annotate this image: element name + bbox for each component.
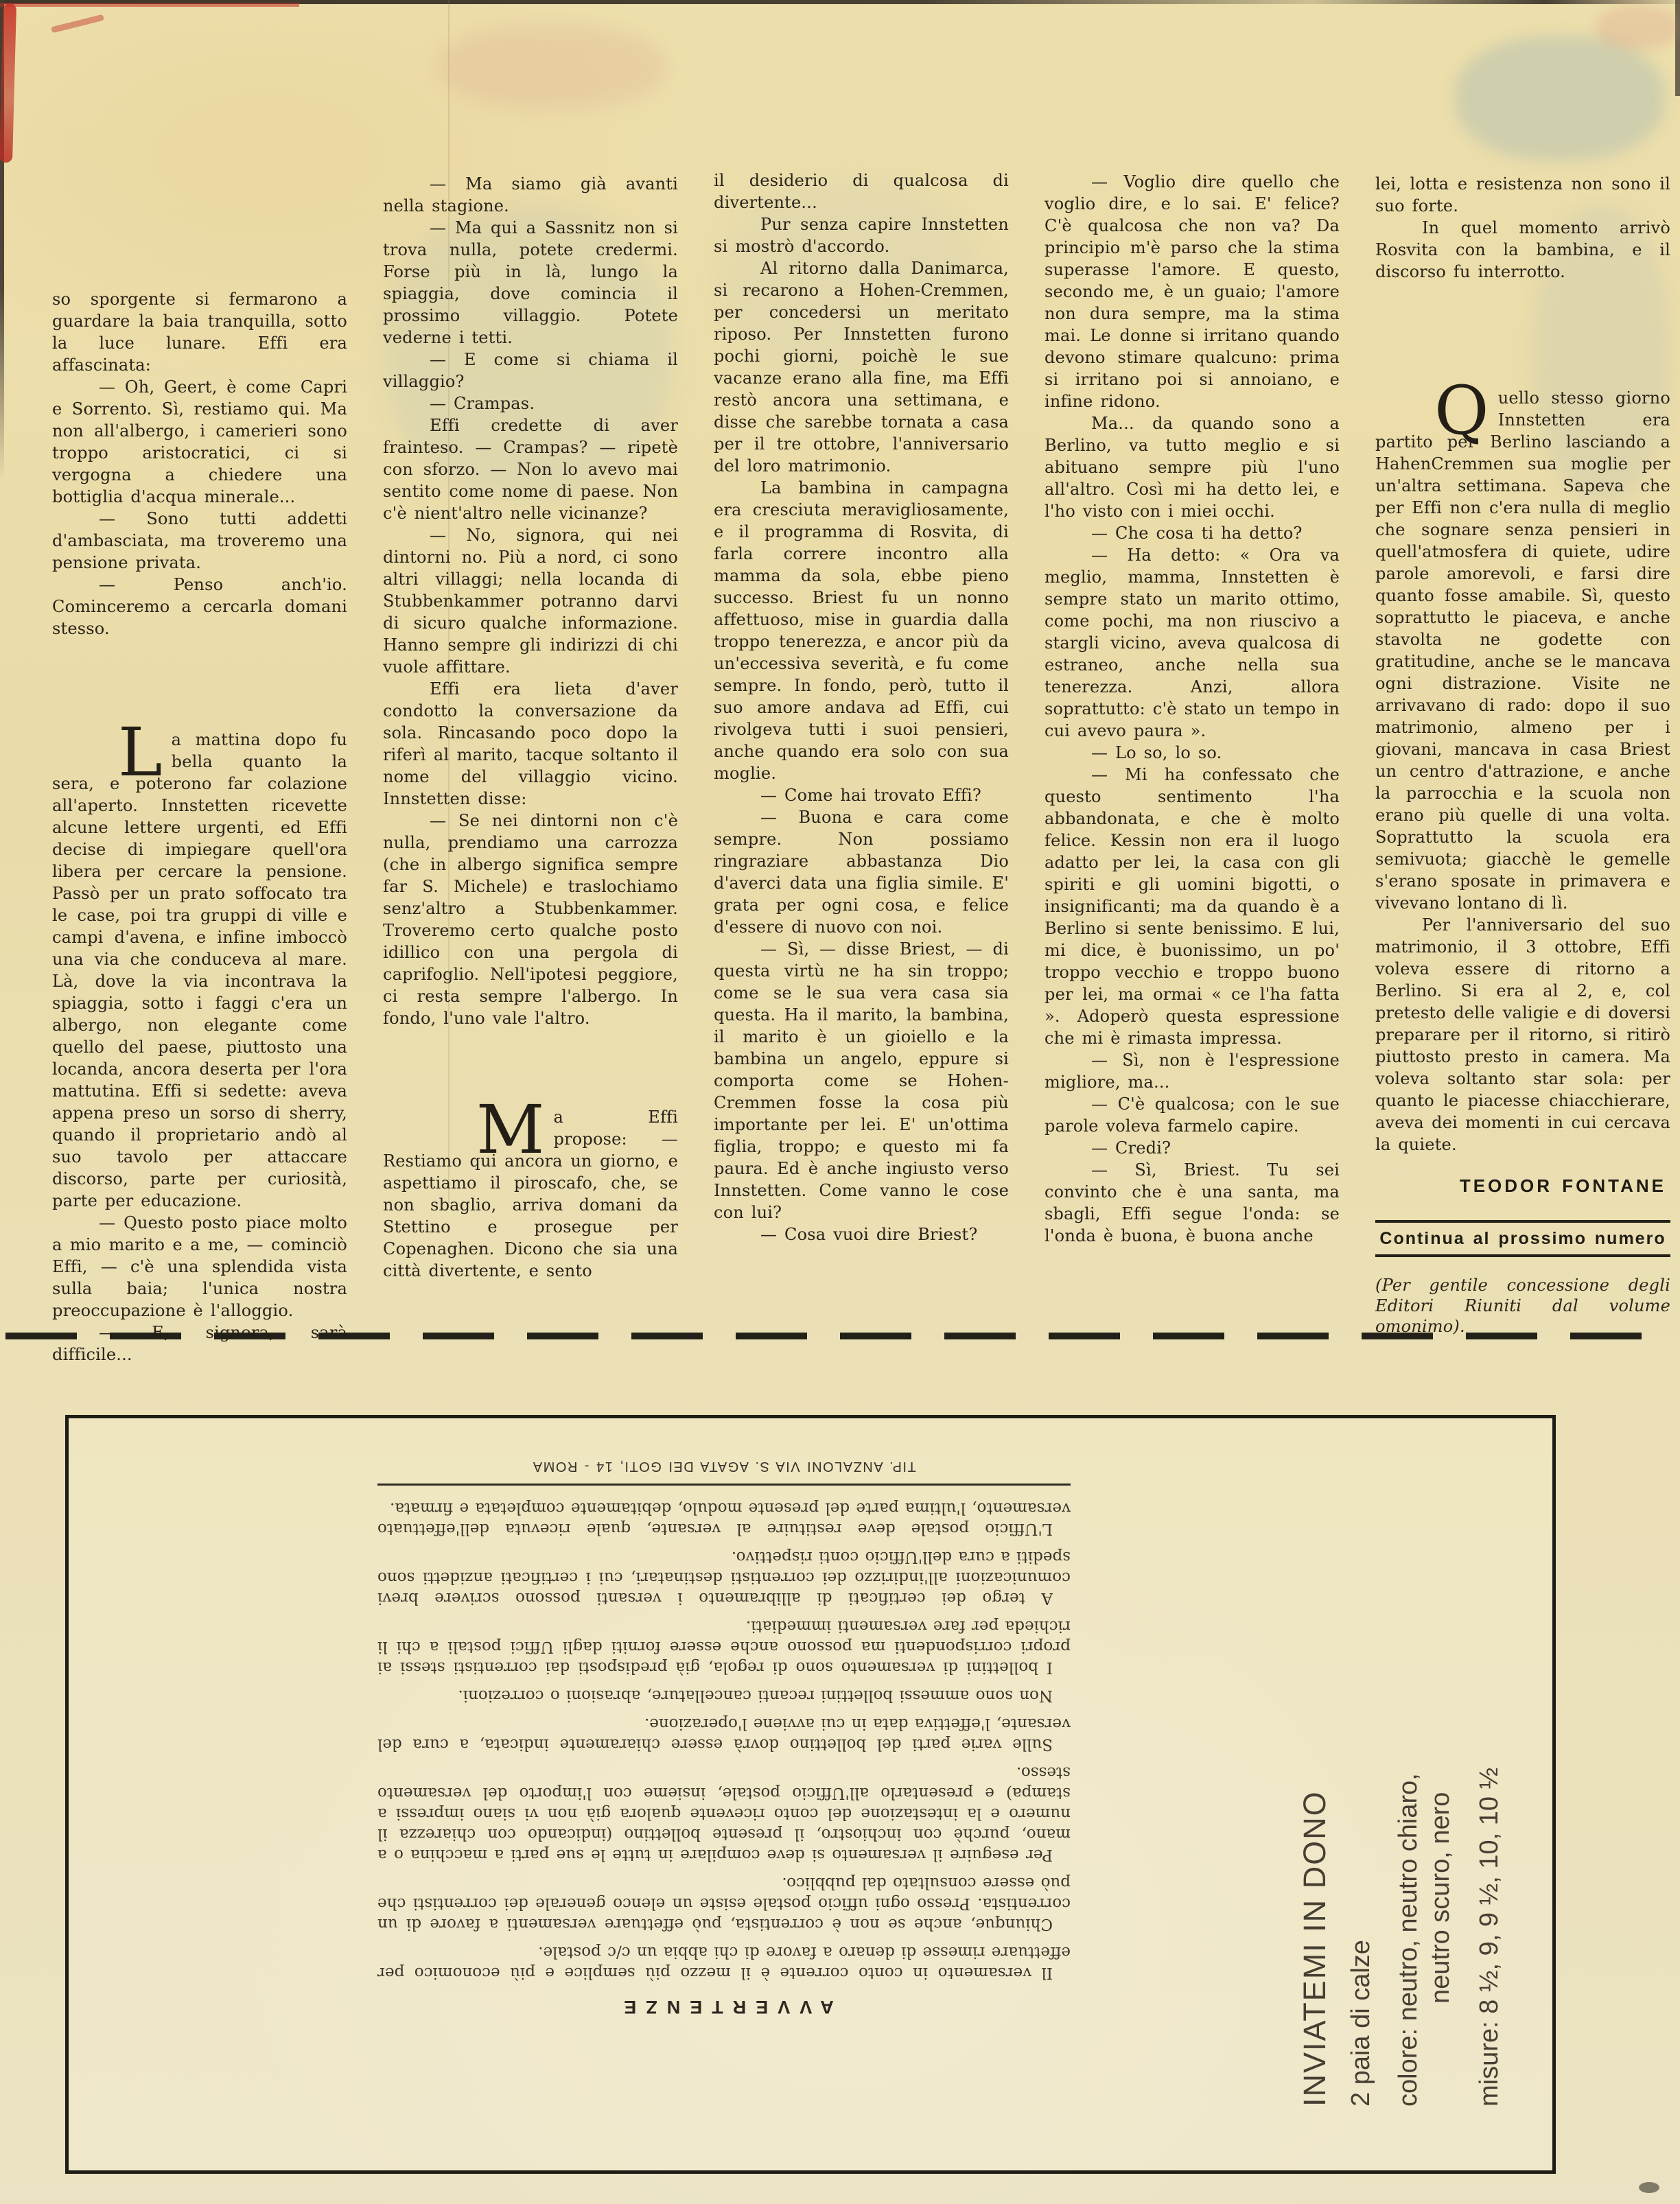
- paragraph: — Lo so, lo so.: [1045, 742, 1340, 764]
- paragraph: — E come si chiama il villaggio?: [383, 349, 678, 392]
- paragraph: Pur senza capire Innstetten si mostrò d'…: [714, 213, 1009, 257]
- gift-item-line: 2 paia di calze: [1346, 1558, 1376, 2107]
- avvertenze-paragraph: Chiunque, anche se non è correntista, pu…: [377, 1873, 1071, 1934]
- avvertenze-paragraphs: Il versamento in conto corrente è il mez…: [377, 1498, 1071, 1983]
- avvertenze-paragraph: I bollettini di versamento sono di regol…: [377, 1616, 1071, 1678]
- paragraph: — Sì, non è l'espressione migliore, ma..…: [1045, 1049, 1340, 1093]
- paragraph: — E, signora, sarà difficile...: [52, 1322, 347, 1365]
- text-column: lei, lotta e resistenza non sono il suo …: [1375, 173, 1670, 1337]
- paragraph: — Buona e cara come sempre. Non possiamo…: [714, 806, 1009, 938]
- printer-credit-line: TIP. ANZALONI VIA S. AGATA DEI GOTI, 14 …: [377, 1456, 1071, 1486]
- drop-cap: M: [476, 1106, 545, 1150]
- paragraph: — Ma siamo già avanti nella stagione.: [383, 173, 678, 217]
- gift-color-line: colore: neutro, neutro chiaro,: [1394, 1558, 1423, 2107]
- continua-banner: Continua al prossimo numero: [1375, 1220, 1670, 1257]
- paragraph: Ma Effi propose: — Restiamo qui ancora u…: [383, 1106, 678, 1282]
- scan-corner-mark: [1639, 2182, 1659, 2193]
- gift-request-block: INVIATEMI IN DONO 2 paia di calze colore…: [1297, 1558, 1504, 2107]
- paragraph: — Ha detto: « Ora va meglio, mamma, Inns…: [1045, 544, 1340, 742]
- text-column: il desiderio di qualcosa di divertente..…: [714, 169, 1009, 1245]
- paragraph: — Oh, Geert, è come Capri e Sorrento. Sì…: [52, 376, 347, 508]
- red-pen-mark: [0, 3, 299, 7]
- paragraph: lei, lotta e resistenza non sono il suo …: [1375, 173, 1670, 217]
- paragraph: — No, signora, qui nei dintorni no. Più …: [383, 524, 678, 678]
- avvertenze-paragraph: Per eseguire il versamento si deve compi…: [377, 1762, 1071, 1865]
- paragraph: so sporgente si fermarono a guardare la …: [52, 288, 347, 376]
- paragraph: — Ma qui a Sassnitz non si trova nulla, …: [383, 217, 678, 349]
- paragraph: Effi credette di aver frainteso. — Cramp…: [383, 414, 678, 524]
- paragraph: Per l'anniversario del suo matrimonio, i…: [1375, 914, 1670, 1156]
- author-byline: TEODOR FONTANE: [1375, 1175, 1670, 1197]
- text-column: so sporgente si fermarono a guardare la …: [52, 288, 347, 1365]
- avvertenze-paragraph: L'Ufficio postale deve restituire al ver…: [377, 1498, 1071, 1539]
- paragraph: — Mi ha confessato che questo sentimento…: [1045, 764, 1340, 1049]
- paragraph: La mattina dopo fu bella quanto la sera,…: [52, 729, 347, 1212]
- paragraph: — Che cosa ti ha detto?: [1045, 522, 1340, 544]
- ink-bleedthrough: [1455, 36, 1665, 161]
- gift-request-title: INVIATEMI IN DONO: [1297, 1558, 1333, 2107]
- paragraph: — Credi?: [1045, 1137, 1340, 1159]
- ink-bleedthrough: [1596, 5, 1679, 49]
- avvertenze-title: AVVERTENZE: [377, 1997, 1071, 2017]
- paragraph: Quello stesso giorno Innstetten era part…: [1375, 387, 1670, 914]
- avvertenze-paragraph: Sulle varie parti del bollettino dovrà e…: [377, 1713, 1071, 1755]
- avvertenze-paragraph: Il versamento in conto corrente è il mez…: [377, 1942, 1071, 1983]
- paragraph: — Come hai trovato Effi?: [714, 784, 1009, 806]
- paragraph: — C'è qualcosa; con le sue parole voleva…: [1045, 1093, 1340, 1137]
- paragraph: In quel momento arrivò Rosvita con la ba…: [1375, 217, 1670, 283]
- paragraph: — Penso anch'io. Cominceremo a cercarla …: [52, 574, 347, 640]
- paragraph: il desiderio di qualcosa di divertente..…: [714, 169, 1009, 213]
- ink-bleedthrough: [439, 25, 666, 108]
- gift-size-line: misure: 8 ½, 9, 9 ½, 10, 10 ½: [1475, 1558, 1504, 2107]
- avvertenze-paragraph: Non sono ammessi bollettini recanti canc…: [377, 1685, 1071, 1706]
- paragraph: Al ritorno dalla Danimarca, si recarono …: [714, 257, 1009, 477]
- magazine-page: so sporgente si fermarono a guardare la …: [0, 0, 1680, 2204]
- avvertenze-section: AVVERTENZE Il versamento in conto corren…: [377, 1456, 1071, 2017]
- article-footer: TEODOR FONTANE Continua al prossimo nume…: [1375, 1175, 1670, 1337]
- paragraph: — Voglio dire quello che voglio dire, e …: [1045, 171, 1340, 412]
- paragraph: — Sono tutti addetti d'ambasciata, ma tr…: [52, 508, 347, 574]
- text-column: — Ma siamo già avanti nella stagione.— M…: [383, 173, 678, 1282]
- dashed-divider: [5, 1333, 1675, 1339]
- text-column: — Voglio dire quello che voglio dire, e …: [1045, 171, 1340, 1247]
- paragraph: — Sì, — disse Briest, — di questa virtù …: [714, 938, 1009, 1223]
- concession-note: (Per gentile concessione degli Editori R…: [1375, 1275, 1670, 1337]
- red-pen-mark: [51, 14, 104, 34]
- gift-color-line: neutro scuro, nero: [1426, 1558, 1456, 2004]
- paragraph: — Se nei dintorni non c'è nulla, prendia…: [383, 810, 678, 1029]
- drop-cap: Q: [1434, 387, 1489, 431]
- postal-coupon-box: AVVERTENZE Il versamento in conto corren…: [65, 1415, 1556, 2174]
- page-edge-right: [1675, 0, 1680, 96]
- red-pen-mark: [0, 3, 16, 163]
- paragraph: Ma... da quando sono a Berlino, va tutto…: [1045, 412, 1340, 522]
- paragraph: — Crampas.: [383, 392, 678, 414]
- paragraph: — Questo posto piace molto a mio marito …: [52, 1212, 347, 1322]
- paragraph: La bambina in campagna era cresciuta mer…: [714, 477, 1009, 784]
- paragraph: Effi era lieta d'aver condotto la conver…: [383, 678, 678, 810]
- paragraph: — Cosa vuoi dire Briest?: [714, 1223, 1009, 1245]
- paragraph: — Sì, Briest. Tu sei convinto che è una …: [1045, 1159, 1340, 1247]
- avvertenze-paragraph: A tergo dei certificati di allibramento …: [377, 1547, 1071, 1608]
- drop-cap: L: [118, 729, 163, 773]
